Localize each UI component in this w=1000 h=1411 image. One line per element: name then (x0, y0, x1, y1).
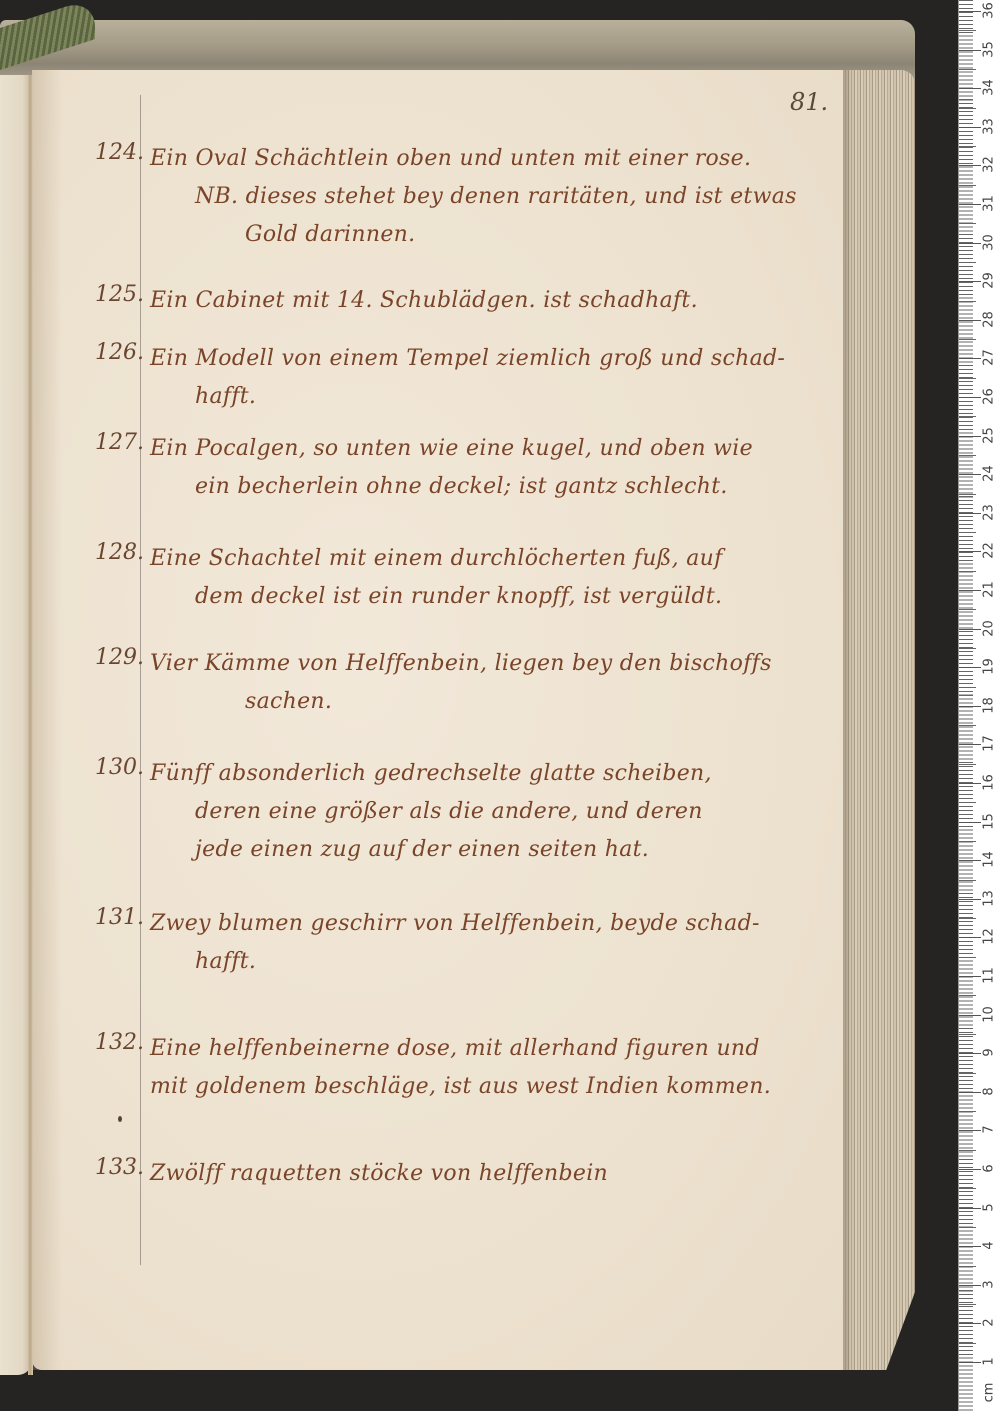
ruler-half-tick (959, 146, 976, 147)
entry-line: ein becherlein ohne deckel; ist gantz sc… (150, 468, 840, 506)
entry-text: Ein Oval Schächtlein oben und unten mit … (150, 140, 840, 254)
entry-number: 128. (95, 540, 145, 565)
ruler-major-tick (959, 1208, 981, 1209)
entry-text: Zwey blumen geschirr von Helffenbein, be… (150, 905, 840, 981)
ruler-label: 4 (982, 1234, 997, 1258)
ruler-half-tick (959, 262, 976, 263)
ruler-major-tick (959, 281, 981, 282)
ruler-label: 31 (982, 192, 997, 216)
ruler-half-tick (959, 532, 976, 533)
entry-number: 133. (95, 1155, 145, 1180)
ruler-label: 8 (982, 1079, 997, 1103)
ruler-label: 11 (982, 964, 997, 988)
ink-spot (118, 1116, 122, 1122)
ruler-label: 26 (982, 385, 997, 409)
entry-number: 132. (95, 1030, 145, 1055)
entry-line: Zwölff raquetten stöcke von helffenbein (150, 1155, 840, 1193)
entry-line: deren eine größer als die andere, und de… (150, 793, 840, 831)
ruler-major-tick (959, 1092, 981, 1093)
ruler-half-tick (959, 1227, 976, 1228)
ruler-unit-label: cm (982, 1381, 997, 1405)
entry-text: Fünff absonderlich gedrechselte glatte s… (150, 755, 840, 869)
ruler-label: 33 (982, 114, 997, 138)
ruler-major-tick (959, 11, 981, 12)
ruler-half-tick (959, 1266, 976, 1267)
ruler-half-tick (959, 1111, 976, 1112)
ruler-half-tick (959, 802, 976, 803)
ruler-half-tick (959, 339, 976, 340)
ruler-major-tick (959, 629, 981, 630)
ruler-half-tick (959, 1304, 976, 1305)
entry-text: Vier Kämme von Helffenbein, liegen bey d… (150, 645, 840, 721)
ruler-major-tick (959, 860, 981, 861)
ruler-major-tick (959, 1130, 981, 1131)
ruler-half-tick (959, 223, 976, 224)
ruler-major-tick (959, 1015, 981, 1016)
measurement-ruler: 1234567891011121314151617181920212223242… (958, 0, 1000, 1411)
entry-number: 125. (95, 282, 145, 307)
ruler-major-tick (959, 88, 981, 89)
ruler-label: 1 (982, 1350, 997, 1374)
ruler-label: 15 (982, 809, 997, 833)
ruler-label: 14 (982, 848, 997, 872)
ruler-major-tick (959, 1169, 981, 1170)
ruler-label: 25 (982, 423, 997, 447)
ruler-label: 35 (982, 37, 997, 61)
ruler-label: 23 (982, 500, 997, 524)
ruler-label: 12 (982, 925, 997, 949)
entry-line: NB. dieses stehet bey denen raritäten, u… (150, 178, 840, 216)
ruler-label: 3 (982, 1272, 997, 1296)
entry-line: Gold darinnen. (150, 216, 840, 254)
ruler-major-tick (959, 822, 981, 823)
entry-line: hafft. (150, 378, 840, 416)
entry-number: 124. (95, 140, 145, 165)
ruler-half-tick (959, 1188, 976, 1189)
ruler-major-tick (959, 667, 981, 668)
ruler-major-tick (959, 204, 981, 205)
ruler-half-tick (959, 1343, 976, 1344)
ruler-label: 18 (982, 693, 997, 717)
entry-number: 130. (95, 755, 145, 780)
entry-text: Eine Schachtel mit einem durchlöcherten … (150, 540, 840, 616)
entry-line: Ein Oval Schächtlein oben und unten mit … (150, 140, 840, 178)
ruler-label: 2 (982, 1311, 997, 1335)
ruler-half-tick (959, 841, 976, 842)
ruler-major-tick (959, 397, 981, 398)
ruler-half-tick (959, 301, 976, 302)
ruler-half-tick (959, 764, 976, 765)
ruler-label: 34 (982, 76, 997, 100)
entry-line: sachen. (150, 683, 840, 721)
ruler-major-tick (959, 783, 981, 784)
ruler-half-tick (959, 1034, 976, 1035)
ruler-half-tick (959, 416, 976, 417)
ruler-major-tick (959, 899, 981, 900)
ruler-half-tick (959, 378, 976, 379)
ruler-major-tick (959, 1362, 981, 1363)
entry-line: Ein Pocalgen, so unten wie eine kugel, u… (150, 430, 840, 468)
ruler-major-tick (959, 243, 981, 244)
ruler-label: 21 (982, 578, 997, 602)
ruler-major-tick (959, 127, 981, 128)
ruler-major-tick (959, 1053, 981, 1054)
entry-line: Eine helffenbeinerne dose, mit allerhand… (150, 1030, 840, 1068)
ruler-half-tick (959, 185, 976, 186)
ruler-half-tick (959, 1150, 976, 1151)
ruler-half-tick (959, 571, 976, 572)
gutter (28, 75, 33, 1375)
entry-text: Ein Pocalgen, so unten wie eine kugel, u… (150, 430, 840, 506)
entry-text: Eine helffenbeinerne dose, mit allerhand… (150, 1030, 840, 1106)
ruler-major-tick (959, 744, 981, 745)
ruler-major-tick (959, 474, 981, 475)
ruler-label: 28 (982, 307, 997, 331)
ruler-half-tick (959, 918, 976, 919)
ruler-half-tick (959, 30, 976, 31)
entry-line: Zwey blumen geschirr von Helffenbein, be… (150, 905, 840, 943)
ruler-major-tick (959, 165, 981, 166)
ruler-half-tick (959, 648, 976, 649)
entry-line: mit goldenem beschläge, ist aus west Ind… (150, 1068, 840, 1106)
ruler-label: 29 (982, 269, 997, 293)
entry-text: Ein Cabinet mit 14. Schublädgen. ist sch… (150, 282, 840, 320)
entry-line: Eine Schachtel mit einem durchlöcherten … (150, 540, 840, 578)
ruler-label: 7 (982, 1118, 997, 1142)
ruler-label: 13 (982, 886, 997, 910)
ruler-major-tick (959, 1285, 981, 1286)
ruler-half-tick (959, 1073, 976, 1074)
entry-line: Ein Cabinet mit 14. Schublädgen. ist sch… (150, 282, 840, 320)
entry-text: Ein Modell von einem Tempel ziemlich gro… (150, 340, 840, 416)
entry-line: hafft. (150, 943, 840, 981)
entry-line: Fünff absonderlich gedrechselte glatte s… (150, 755, 840, 793)
ruler-label: 24 (982, 462, 997, 486)
ruler-major-tick (959, 50, 981, 51)
ruler-major-tick (959, 937, 981, 938)
ruler-label: 22 (982, 539, 997, 563)
ruler-major-tick (959, 358, 981, 359)
ruler-half-tick (959, 725, 976, 726)
ruler-label: 36 (982, 0, 997, 23)
ruler-half-tick (959, 69, 976, 70)
ruler-major-tick (959, 706, 981, 707)
ruler-label: 16 (982, 771, 997, 795)
ruler-major-tick (959, 976, 981, 977)
ruler-half-tick (959, 494, 976, 495)
entry-line: dem deckel ist ein runder knopff, ist ve… (150, 578, 840, 616)
entry-line: jede einen zug auf der einen seiten hat. (150, 831, 840, 869)
ruler-label: 9 (982, 1041, 997, 1065)
ruler-half-tick (959, 957, 976, 958)
ruler-label: 19 (982, 655, 997, 679)
entry-line: Ein Modell von einem Tempel ziemlich gro… (150, 340, 840, 378)
entry-number: 126. (95, 340, 145, 365)
scan-background: 81. 124. Ein Oval Schächtlein oben und u… (0, 0, 1000, 1411)
ruler-label: 32 (982, 153, 997, 177)
ruler-half-tick (959, 609, 976, 610)
entry-number: 131. (95, 905, 145, 930)
ruler-label: 30 (982, 230, 997, 254)
entry-text: Zwölff raquetten stöcke von helffenbein (150, 1155, 840, 1193)
margin-rule-line (140, 95, 141, 1265)
ruler-half-tick (959, 880, 976, 881)
ruler-major-tick (959, 320, 981, 321)
entry-number: 127. (95, 430, 145, 455)
ruler-major-tick (959, 551, 981, 552)
entry-line: Vier Kämme von Helffenbein, liegen bey d… (150, 645, 840, 683)
ruler-label: 17 (982, 732, 997, 756)
ruler-major-tick (959, 436, 981, 437)
entry-number: 129. (95, 645, 145, 670)
book-fore-edge (843, 70, 915, 1370)
ruler-label: 6 (982, 1157, 997, 1181)
ruler-major-tick (959, 1246, 981, 1247)
ruler-half-tick (959, 455, 976, 456)
ruler-half-tick (959, 995, 976, 996)
ruler-half-tick (959, 108, 976, 109)
ruler-major-tick (959, 1323, 981, 1324)
folio-number: 81. (790, 88, 828, 116)
ruler-label: 27 (982, 346, 997, 370)
ruler-major-tick (959, 590, 981, 591)
ruler-label: 10 (982, 1002, 997, 1026)
ruler-label: 5 (982, 1195, 997, 1219)
ruler-major-tick (959, 513, 981, 514)
ruler-half-tick (959, 687, 976, 688)
ruler-label: 20 (982, 616, 997, 640)
fore-edge-shadow (843, 70, 853, 1370)
